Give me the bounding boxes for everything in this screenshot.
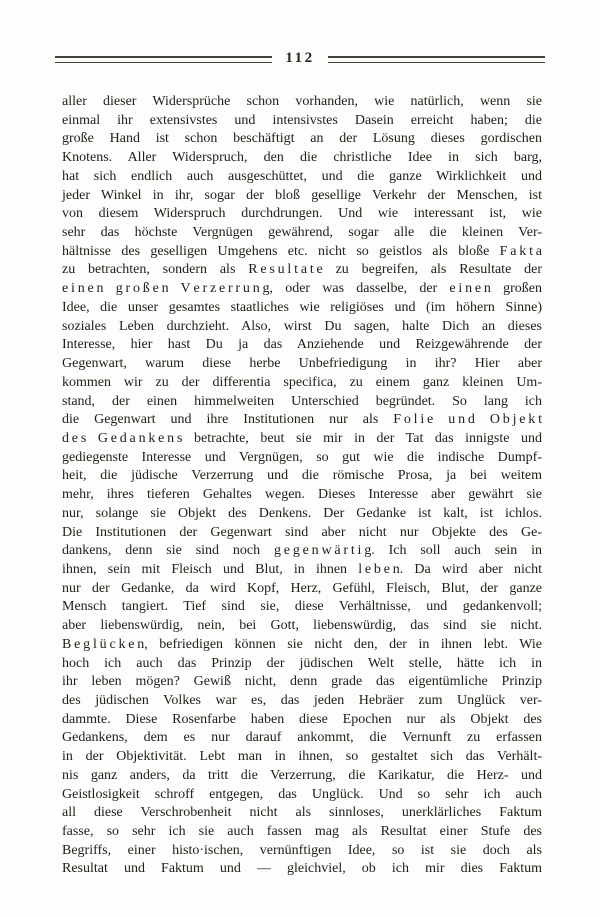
text-line: aber liebenswürdig, nein, bei Gott, lieb…	[62, 617, 542, 636]
text-line: d e s G e d a n k e n s betrachte, beut …	[62, 430, 542, 449]
text-line: sehr das höchste Vergnügen gewährend, so…	[62, 224, 542, 243]
text-line: in der Objektivität. Lebt man in ihnen, …	[62, 748, 542, 767]
text-line: soziales Leben durchzieht. Also, wirst D…	[62, 318, 542, 337]
text-line: Knotens. Aller Widerspruch, den die chri…	[62, 149, 542, 168]
header-rule-left	[55, 56, 272, 63]
page-text: aller dieser Widersprüche schon vorhande…	[62, 93, 542, 879]
text-line: nur der Gedanke, da wird Kopf, Herz, Gef…	[62, 580, 542, 599]
text-line: fasse, so sehr ich sie auch fassen mag a…	[62, 823, 542, 842]
book-page: 112 aller dieser Widersprüche schon vorh…	[0, 0, 600, 917]
text-line: zu betrachten, sondern als R e s u l t a…	[62, 261, 542, 280]
page-number: 112	[285, 50, 314, 67]
text-line: hat sich endlich auch ausgeschüttet, und…	[62, 168, 542, 187]
text-line: einmal ihr extensivstes und intensivstes…	[62, 112, 542, 131]
text-line: dankens, denn sie sind noch g e g e n w …	[62, 542, 542, 561]
page-header: 112	[55, 51, 545, 68]
text-line: jeder Winkel in ihr, sogar der bloß gese…	[62, 187, 542, 206]
text-line: dammte. Diese Rosenfarbe haben diese Epo…	[62, 711, 542, 730]
text-line: nis ganz anders, da tritt die Verzerrung…	[62, 767, 542, 786]
text-line: mehr, ihres tieferen Gehaltes wegen. Die…	[62, 486, 542, 505]
text-line: Mensch tangiert. Tief sind sie, diese Ve…	[62, 598, 542, 617]
text-line: große Hand ist schon beschäftigt an der …	[62, 130, 542, 149]
text-line: heit, die jüdische Verzerrung und die rö…	[62, 467, 542, 486]
text-line: ihnen, sein mit Fleisch und Blut, in ihn…	[62, 561, 542, 580]
text-line: des jüdischen Volkes war es, das jeden H…	[62, 692, 542, 711]
text-line: all diese Verschrobenheit nicht als sinn…	[62, 804, 542, 823]
text-line: von diesem Widerspruch durchdrungen. Und…	[62, 205, 542, 224]
text-line: e i n e n g r o ß e n V e r z e r r u n …	[62, 280, 542, 299]
text-line: ihr leben mögen? Gewiß nicht, denn grade…	[62, 673, 542, 692]
text-line: nur, solange sie Objekt des Denkens. Der…	[62, 505, 542, 524]
text-line: Interesse, hier hast Du ja das Anziehend…	[62, 336, 542, 355]
text-line: Die Institutionen der Gegenwart sind abe…	[62, 524, 542, 543]
text-line: Begriffs, einer histo·ischen, vernünftig…	[62, 842, 542, 861]
text-line: aller dieser Widersprüche schon vorhande…	[62, 93, 542, 112]
text-line: die Gegenwart und ihre Institutionen nur…	[62, 411, 542, 430]
text-line: hoch ich auch das Prinzip der jüdischen …	[62, 655, 542, 674]
text-line: Gedankens, dem es nur darauf ankommt, di…	[62, 729, 542, 748]
text-line: stand, der einen himmelweiten Unterschie…	[62, 393, 542, 412]
text-line: B e g l ü c k e n, befriedigen können si…	[62, 636, 542, 655]
text-line: Geistlosigkeit schroff entgegen, das Ung…	[62, 786, 542, 805]
header-rule-right	[328, 56, 545, 63]
text-line: Resultat und Faktum und — gleichviel, ob…	[62, 860, 542, 879]
text-line: Idee, die unser gesamtes staatliches wie…	[62, 299, 542, 318]
text-line: hältnisse des geselligen Umgehens etc. n…	[62, 243, 542, 262]
text-line: Gegenwart, warum diese herbe Unbefriedig…	[62, 355, 542, 374]
text-line: kommen wir zu der differentia specifica,…	[62, 374, 542, 393]
text-line: gediegenste Interesse und Vergnügen, so …	[62, 449, 542, 468]
